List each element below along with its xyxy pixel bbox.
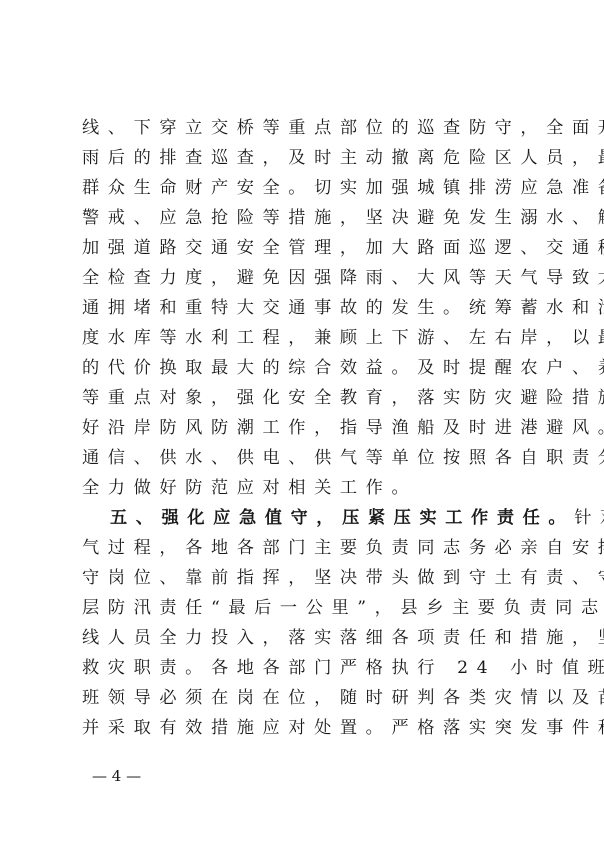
heading-line-text: 针对此次强降雨天 <box>574 508 604 528</box>
text-line: 救灾职责。各地各部门严格执行 24 小时值班和领导带班制度，带 <box>82 653 524 683</box>
text-line: 并采取有效措施应对处置。严格落实突发事件和重要紧急情况信 <box>82 713 524 743</box>
text-line: 通信、供水、供电、供气等单位按照各自职责分工，各司其职， <box>82 443 524 473</box>
section-heading: 五、强化应急值守，压紧压实工作责任。 <box>110 508 574 528</box>
text-line: 线、下穿立交桥等重点部位的巡查防守，全面开展雨前、雨中、 <box>82 113 524 143</box>
page-number: — 4 — <box>92 766 141 786</box>
text-line: 度水库等水利工程，兼顾上下游、左右岸，以最优的调度、最小 <box>82 323 524 353</box>
text-line: 等重点对象，强化安全教育，落实防灾避险措施。沿海地区要做 <box>82 383 524 413</box>
text-line: 群众生命财产安全。切实加强城镇排涝应急准备，提前落实安全 <box>82 173 524 203</box>
text-line: 层防汛责任“最后一公里”，县乡主要负责同志全程参与，基层一 <box>82 593 524 623</box>
text-line: 好沿岸防风防潮工作，指导渔船及时进港避风。卫生健康、商务、 <box>82 413 524 443</box>
text-line: 通拥堵和重特大交通事故的发生。统筹蓄水和泄洪需求，科学调 <box>82 293 524 323</box>
text-line: 全力做好防范应对相关工作。 <box>82 473 524 503</box>
text-line: 班领导必须在岗在位，随时研判各类灾情以及苗头性趋势性问题， <box>82 683 524 713</box>
text-line: 的代价换取最大的综合效益。及时提醒农户、养殖户、学生家长 <box>82 353 524 383</box>
text-line: 加强道路交通安全管理，加大路面巡逻、交通秩序维护和交通安 <box>82 233 524 263</box>
text-line: 线人员全力投入，落实落细各项责任和措施，坚决扛起防汛抢险 <box>82 623 524 653</box>
text-line: 全检查力度，避免因强降雨、大风等天气导致大范围、长时间交 <box>82 263 524 293</box>
section-heading-line: 五、强化应急值守，压紧压实工作责任。针对此次强降雨天 <box>82 503 524 533</box>
text-line: 气过程，各地各部门主要负责同志务必亲自安排、亲自部署，坚 <box>82 533 524 563</box>
text-line: 警戒、应急抢险等措施，坚决避免发生溺水、触电等伤亡事件。 <box>82 203 524 233</box>
body-text: 线、下穿立交桥等重点部位的巡查防守，全面开展雨前、雨中、 雨后的排查巡查，及时主… <box>82 113 524 743</box>
document-page: 线、下穿立交桥等重点部位的巡查防守，全面开展雨前、雨中、 雨后的排查巡查，及时主… <box>0 0 604 854</box>
text-line: 雨后的排查巡查，及时主动撤离危险区人员，最大限度维护人民 <box>82 143 524 173</box>
text-line: 守岗位、靠前指挥，坚决带头做到守土有责、守土尽责。压实基 <box>82 563 524 593</box>
